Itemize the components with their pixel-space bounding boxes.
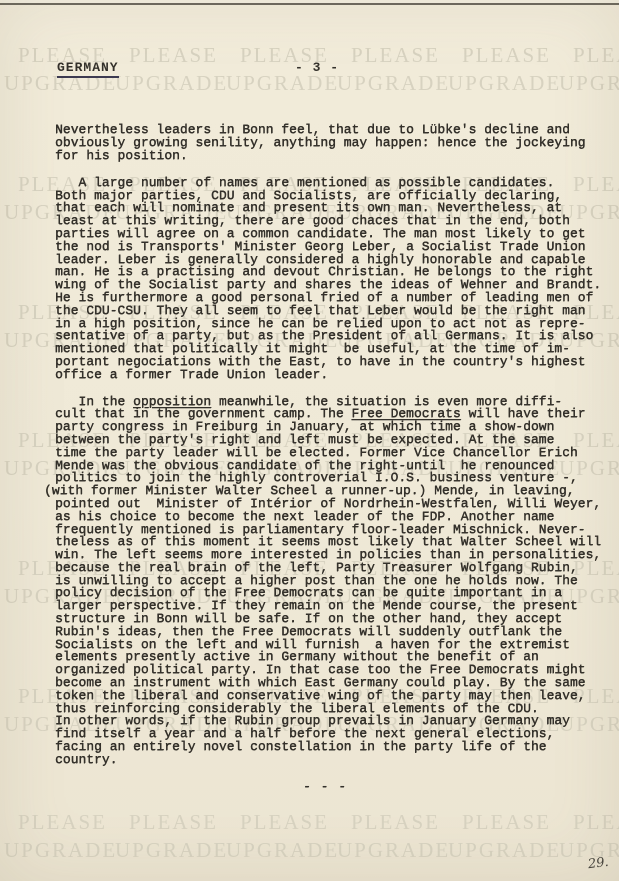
text-line: country. [55, 754, 607, 767]
page-header: GERMANY - 3 - [0, 60, 619, 78]
text-line: office a former Trade Union leader. [55, 369, 607, 382]
handwritten-page-number: 29. [587, 855, 609, 872]
end-of-section-mark: - - - [55, 781, 595, 794]
scan-edge-line [0, 3, 619, 5]
watermark-word-please: PLEASEPLEASEPLEASEPLEASEPLEASEPLEASE [18, 810, 619, 835]
paragraph: Nevertheless leaders in Bonn feel, that … [55, 124, 607, 162]
document-body: Nevertheless leaders in Bonn feel, that … [55, 86, 607, 793]
paragraph: In the opposition meanwhile, the situati… [55, 396, 607, 767]
paragraph: A large number of names are mentioned as… [55, 177, 607, 382]
text-line: for his position. [55, 150, 607, 163]
page-title: GERMANY [57, 60, 119, 78]
text-line: facing an entirely novel constellation i… [55, 741, 607, 754]
scanned-document-page: PLEASEPLEASEPLEASEPLEASEPLEASEPLEASEUPGR… [0, 0, 619, 881]
watermark-word-upgrade: UPGRADEUPGRADEUPGRADEUPGRADEUPGRADEUPGRA… [4, 838, 619, 863]
page-number: - 3 - [295, 60, 339, 75]
